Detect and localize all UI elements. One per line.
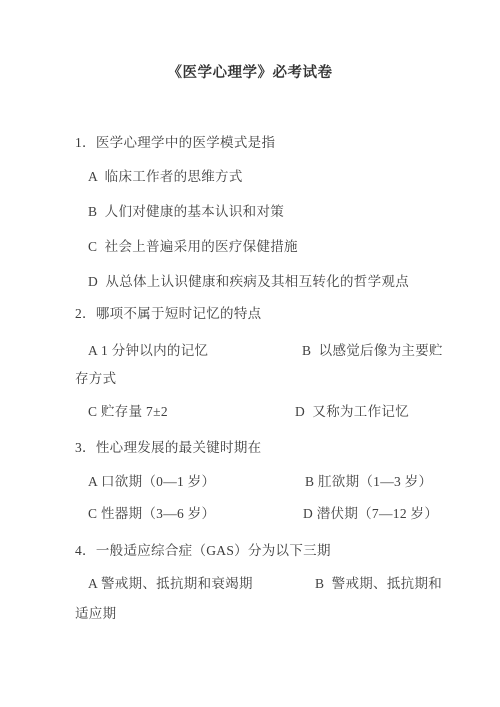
- question-1-stem: 1．医学心理学中的医学模式是指: [75, 135, 275, 151]
- question-1-option-c: C 社会上普遍采用的医疗保健措施: [88, 239, 298, 255]
- question-3-option-d: D 潜伏期（7—12 岁）: [303, 506, 438, 522]
- question-2-stem: 2．哪项不属于短时记忆的特点: [75, 306, 261, 322]
- question-3-option-c: C 性器期（3—6 岁）: [88, 506, 215, 522]
- document-title: 《医学心理学》必考试卷: [0, 61, 500, 82]
- question-1-option-d: D 从总体上认识健康和疾病及其相互转化的哲学观点: [88, 274, 409, 290]
- exam-paper-page: 《医学心理学》必考试卷 1．医学心理学中的医学模式是指 A 临床工作者的思维方式…: [0, 0, 500, 707]
- question-2-option-b: B 以感觉后像为主要贮: [302, 343, 443, 359]
- question-4-stem: 4．一般适应综合症（GAS）分为以下三期: [75, 543, 331, 559]
- question-1-option-a: A 临床工作者的思维方式: [88, 169, 243, 185]
- question-2-option-b-wrap: 存方式: [75, 371, 116, 387]
- question-4-option-a: A 警戒期、抵抗期和衰竭期: [88, 576, 253, 592]
- question-4-option-b-wrap: 适应期: [75, 606, 116, 622]
- question-3-option-b: B 肛欲期（1—3 岁）: [305, 474, 432, 490]
- question-4-option-b: B 警戒期、抵抗期和: [315, 576, 442, 592]
- question-2-option-c: C 贮存量 7±2: [88, 404, 168, 420]
- question-3-option-a: A 口欲期（0—1 岁）: [88, 474, 215, 490]
- question-2-option-a: A 1 分钟以内的记忆: [88, 343, 208, 359]
- question-1-option-b: B 人们对健康的基本认识和对策: [88, 204, 284, 220]
- question-2-option-d: D 又称为工作记忆: [295, 404, 409, 420]
- question-3-stem: 3．性心理发展的最关键时期在: [75, 440, 261, 456]
